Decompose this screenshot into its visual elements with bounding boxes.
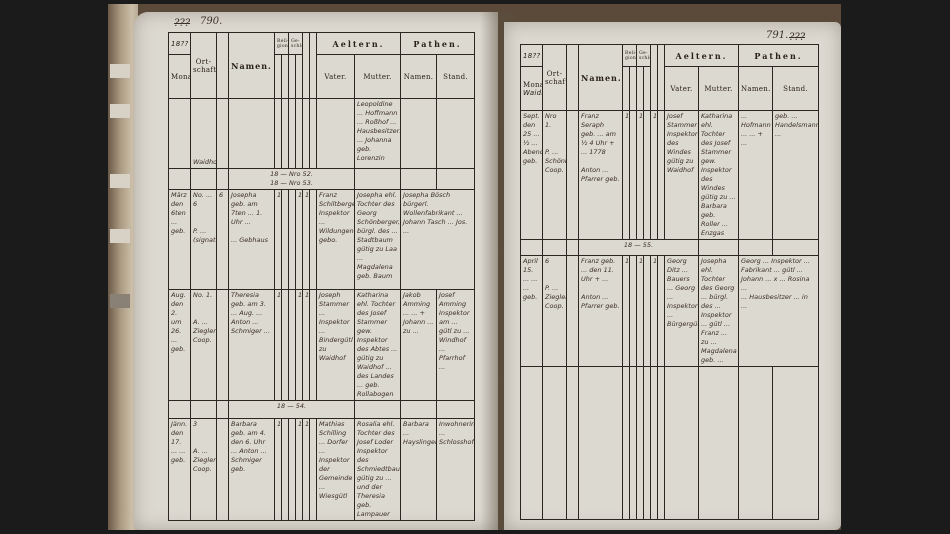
entry-pathen: Josepha Bösch bürgerl. Wollenfabrikant .… [401, 190, 475, 290]
page-tab [110, 174, 130, 188]
entry-monat: Jänn. den 17. ... ... geb. [169, 419, 191, 521]
entry-ehelich: 1 [303, 419, 310, 521]
header-namen: Namen. [579, 45, 623, 111]
header-protestantisch: Protestantisch. [282, 55, 289, 99]
entry-pathen-namen: Jakob Amming ... ... + Johann ... zu ... [401, 290, 437, 401]
header-pathen-namen: Namen. [739, 67, 773, 111]
header-pathen: Pathen. [739, 45, 819, 67]
entry-namen: Barbara geb. am 4. den 6. Uhr ... Anton … [229, 419, 275, 521]
entry-ehelich: 1 [651, 111, 658, 240]
entry-monat: April 15. ... ... ... geb. [521, 256, 543, 367]
entry-mutter: Leopoldine ... Hoffmann ... Roßhof ... H… [355, 99, 401, 169]
register-entry: März den 6ten ... geb. No. ... 6P. ... (… [169, 190, 475, 290]
page-tab [110, 64, 130, 78]
header-ortschaft: Ort-schaft. [543, 45, 567, 111]
entry-number: 18 — Nro 52.18 — Nro 53. [229, 169, 355, 190]
header-mutter: Mutter. [355, 55, 401, 99]
header-knab: Knab. [637, 67, 644, 111]
entry-vater: Josef Stammer Inspektor des Windes gütig… [665, 111, 699, 240]
entry-mutter: Rosalia ehl. Tochter des Josef Loder Ins… [355, 419, 401, 521]
register-entry: Sept. den 25 ... ½ ... Abends geb. Nro 1… [521, 111, 819, 240]
left-register-table: 18?? Ort-schaft. Haus-Nro. Namen. Reli-g… [168, 32, 475, 521]
entry-separator: 18 — 54. [169, 401, 475, 419]
entry-knab: 1 [637, 256, 644, 367]
header-namen: Namen. [229, 33, 275, 99]
entry-knab: 1 [637, 111, 644, 240]
header-unehelich: Unehelich. [658, 45, 665, 111]
entry-monat: Aug. den 2. um 26. ... geb. [169, 290, 191, 401]
header-aeltern: Aeltern. [665, 45, 739, 67]
entry-mutter: Josepha ehl. Tochter des Georg Schönberg… [355, 190, 401, 290]
register-entry: Aug. den 2. um 26. ... geb. No. 1.A. ...… [169, 290, 475, 401]
entry-katholisch: 1 [275, 190, 282, 290]
header-religion: Reli-gion. [275, 33, 289, 55]
header-vater: Vater. [665, 67, 699, 111]
entry-ortschaft: No. ... 6P. ... (signature) [191, 190, 217, 290]
entry-maedchen: 1 [296, 190, 303, 290]
entry-number: 18 — 55. [579, 240, 699, 256]
left-page: ??? 790. 18?? Ort-schaft. Haus-Nro. Name… [134, 12, 498, 530]
header-unehelich: Unehelich. [310, 33, 317, 99]
left-page-number-crossed: ??? [174, 18, 190, 29]
entry-namen: Theresia geb. am 3. ... Aug. ... Anton .… [229, 290, 275, 401]
page-tab [110, 294, 130, 308]
entry-katholisch: 1 [275, 290, 282, 401]
header-protestantisch: Protestantisch. [630, 67, 637, 111]
entry-maedchen: 1 [296, 419, 303, 521]
header-pathen: Pathen. [401, 33, 475, 55]
page-tab [110, 229, 130, 243]
header-monat: Monat. [169, 55, 191, 99]
entry-katholisch: 1 [623, 111, 630, 240]
entry-pathen-stand: Josef Amming Inspektor am ... gütl zu ..… [437, 290, 475, 401]
header-vater: Vater. [317, 55, 355, 99]
entry-monat: Sept. den 25 ... ½ ... Abends geb. [521, 111, 543, 240]
right-page-number: 791. [766, 30, 788, 41]
entry-number: 18 — 54. [229, 401, 355, 419]
left-page-number: 790. [200, 16, 222, 27]
right-page: 791. ??? 18?? Ort-schaft. Haus-Nro. Name… [504, 22, 841, 530]
entry-vater: Mathias Schilling ... Dorfer ... Inspekt… [317, 419, 355, 521]
entry-namen: Franz Seraph geb. ... am ½ 4 Uhr + ... 1… [579, 111, 623, 240]
entry-maedchen: 1 [296, 290, 303, 401]
header-aeltern: Aeltern. [317, 33, 401, 55]
entry-vater: Georg Ditz ... Bauers ... Georg ... Insp… [665, 256, 699, 367]
entry-pathen: Georg ... Inspektor ... Fabrikant ... gü… [739, 256, 819, 367]
entry-separator: 18 — Nro 52.18 — Nro 53. [169, 169, 475, 190]
entry-pathen-stand: geb. ... Handelsmann ... [773, 111, 819, 240]
entry-namen: Franz geb. ... den 11. Uhr + ...Anton ..… [579, 256, 623, 367]
header-katholisch: Katholisch. [623, 67, 630, 111]
entry-mutter: Josepha ehl. Tochter des Georg ... bürgl… [699, 256, 739, 367]
register-entry: Jänn. den 17. ... ... geb. 3A. ... Ziegl… [169, 419, 475, 521]
right-page-number-crossed: ??? [789, 32, 805, 43]
header-maedchen: Mädchen. [644, 67, 651, 111]
entry-ehelich: 1 [303, 190, 310, 290]
header-maedchen: Mädchen. [296, 55, 303, 99]
register-entry: Waidhof Leopoldine ... Hoffmann ... Roßh… [169, 99, 475, 169]
year-cell: 18?? [169, 33, 191, 55]
entry-haus-nr: 6 [217, 190, 229, 290]
entry-pathen-namen: ... Hofmann ... ... + ... [739, 111, 773, 240]
entry-ortschaft: Nro 1.P. ... Schönburg Coop. [543, 111, 567, 240]
entry-namen: Josepha geb. am 7ten ... 1. Uhr ...... G… [229, 190, 275, 290]
entry-pathen-stand: Inwohnerin ... Schlosshof [437, 419, 475, 521]
header-knab: Knab. [289, 55, 296, 99]
book-photo: ??? 790. 18?? Ort-schaft. Haus-Nro. Name… [108, 4, 841, 530]
header-religion: Reli-gion. [623, 45, 637, 67]
header-pathen-stand: Stand. [773, 67, 819, 111]
entry-ortschaft: 6P. ... Ziegler Coop. [543, 256, 567, 367]
header-pathen-namen: Namen. [401, 55, 437, 99]
header-geschlecht: Ge-schlecht. [289, 33, 303, 55]
entry-monat: März den 6ten ... geb. [169, 190, 191, 290]
header-ehelich: Ehelich. [651, 45, 658, 111]
entry-ehelich: 1 [303, 290, 310, 401]
entry-mutter: Katharina ehl. Tochter des Josef Stammer… [355, 290, 401, 401]
header-haus-nr: Haus-Nro. [217, 33, 229, 99]
entry-katholisch: 1 [275, 419, 282, 521]
entry-vater: Franz Schiltberger Inspektor ... Wildung… [317, 190, 355, 290]
header-geschlecht: Ge-schlecht. [637, 45, 651, 67]
register-entry-empty [521, 367, 819, 520]
header-pathen-stand: Stand. [437, 55, 475, 99]
entry-ortschaft: Waidhof [191, 99, 217, 169]
entry-mutter: Katharina ehl. Tochter des Josef Stammer… [699, 111, 739, 240]
header-ehelich: Ehelich. [303, 33, 310, 99]
header-monat: Monat.Waidhof [521, 67, 543, 111]
entry-katholisch: 1 [623, 256, 630, 367]
page-tab [110, 104, 130, 118]
entry-separator: 18 — 55. [521, 240, 819, 256]
header-mutter: Mutter. [699, 67, 739, 111]
header-haus-nr: Haus-Nro. [567, 45, 579, 111]
entry-ortschaft: No. 1.A. ... Ziegler Coop. [191, 290, 217, 401]
header-katholisch: Katholisch. [275, 55, 282, 99]
entry-ortschaft: 3A. ... Ziegler Coop. [191, 419, 217, 521]
entry-pathen-namen: Barbara ... Hayslinger [401, 419, 437, 521]
register-entry: April 15. ... ... ... geb. 6P. ... Ziegl… [521, 256, 819, 367]
header-ortschaft: Ort-schaft. [191, 33, 217, 99]
year-cell: 18?? [521, 45, 543, 67]
right-register-table: 18?? Ort-schaft. Haus-Nro. Namen. Reli-g… [520, 44, 819, 520]
entry-ehelich: 1 [651, 256, 658, 367]
entry-vater: Joseph Stammer ... Inspektor ... Binderg… [317, 290, 355, 401]
